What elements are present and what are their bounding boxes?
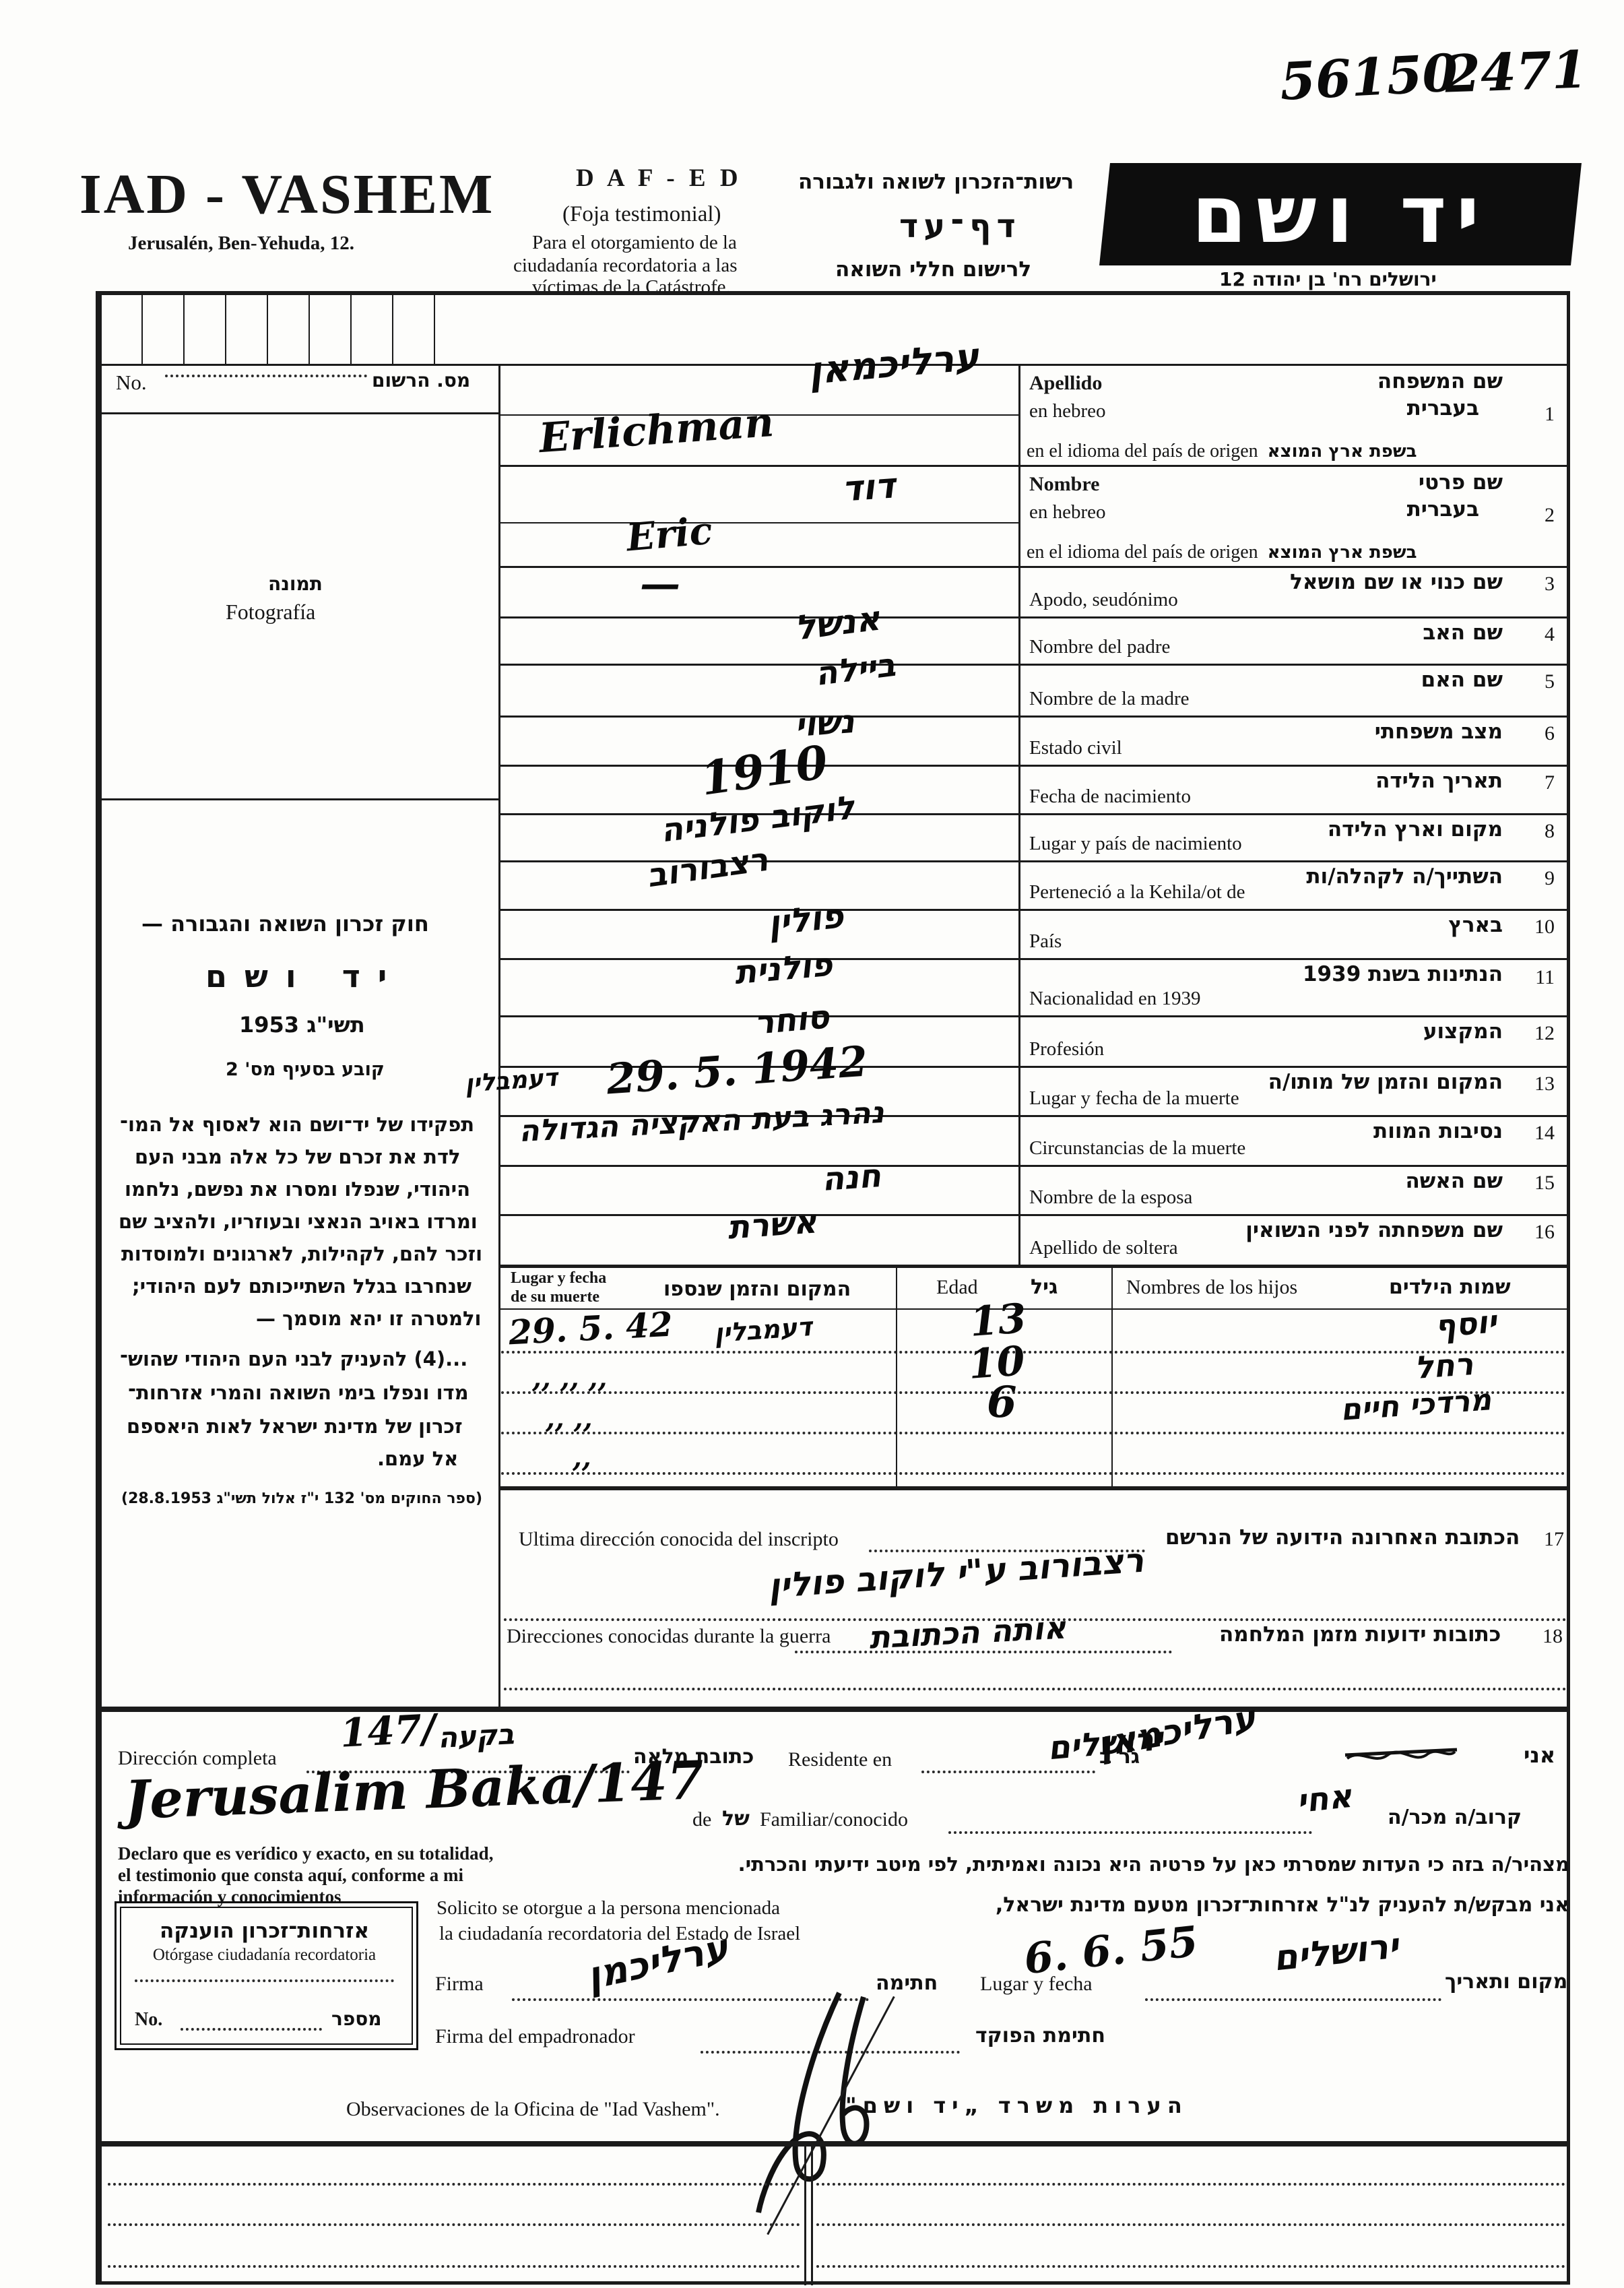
org-address-latin: Jerusalén, Ben-Yehuda, 12. [128,232,354,255]
field-number: 3 [1545,573,1555,596]
hand-esposa: חנה [820,1157,882,1199]
field-label-es2: en hebreo [1029,400,1106,422]
field-row-soltera: שם משפחתה לפני הנשואין Apellido de solte… [1018,1214,1567,1265]
field-label-es: Profesión [1029,1038,1104,1060]
field-label-he2: בעברית [1407,396,1479,420]
field-label-he: תאריך הלידה [1375,769,1503,793]
addr17-number: 17 [1544,1528,1564,1551]
field-number: 2 [1545,504,1555,527]
children-row-line [501,1472,1565,1475]
law-paragraph-line: תפקידו של יד־ושם הוא לאסוף אל המו־ [120,1113,474,1136]
org-he-line1: רשות־הזכרון לשואה ולגבורה [798,170,1074,194]
empadronador-label-he: חתימת הפוקד [975,2024,1105,2047]
field-number: 6 [1545,722,1555,745]
law-clause4-line: אל עמם. [377,1447,458,1470]
children-col-place-es: Lugar y fechade su muerte [511,1269,652,1306]
daf-ed-desc-3: víctimas de la Catástrofe. [532,276,731,298]
children-col-names-he: שמות הילדים [1389,1275,1511,1299]
field-label-he: מקום וארץ הלידה [1328,817,1503,841]
field-label-he: שם פרטי [1419,470,1503,495]
strip-cell-divider [225,294,226,364]
children-col-age-he: גיל [1031,1275,1058,1299]
strip-cell-divider [267,294,268,364]
ani-label: אני [1524,1742,1555,1768]
sub-row-rule [498,522,1018,523]
field-label-es: Lugar y fecha de la muerte [1029,1087,1239,1110]
field-label-es: Lugar y país de nacimiento [1029,833,1242,855]
hand-pais: פולין [766,896,845,943]
hand-child-place: ,, [573,1442,591,1473]
hand-apodo: — [640,561,680,608]
field-label-he: הנתינות בשנת 1939 [1303,962,1503,986]
field-label-es: País [1029,930,1062,953]
observaciones-center-divider [811,2147,813,2285]
field-row-muerte: המקום והזמן של מותו/ה Lugar y fecha de l… [1018,1066,1567,1115]
de-label-he: של [722,1807,750,1831]
org-he-title: דף־עד [899,208,1021,245]
field-label-es: Perteneció a la Kehila/ot de [1029,881,1245,903]
field-label-he: בארץ [1448,913,1503,937]
field-number: 12 [1534,1022,1555,1045]
field-label-es: Nombre del padre [1029,636,1170,658]
box-no-dotline [181,2028,322,2031]
hand-direccion-he: בקעה [437,1717,515,1754]
registry-no-label: No. [116,371,147,395]
hand-nombre-he: דוד [841,466,897,509]
children-table-bottom [498,1486,1567,1490]
field-label-es: Apellido de soltera [1029,1237,1178,1259]
field-label-he2: בעברית [1407,497,1479,521]
field-row-kehila: השתייך/ה לקהלה/ות Perteneció a la Kehila… [1018,860,1567,909]
hand-child-name: יוסף [1433,1303,1498,1345]
children-col-place-he: המקום והזמן שנספו [663,1277,851,1301]
section-divider-thick [100,1707,1567,1712]
solicito-he: אני מבקש/ת להעניק לנ"ל אזרחות־זכרון מטעם… [882,1893,1569,1917]
law-heading: חוק זכרון השואה והגבורה — [141,911,429,936]
box-label-es: Otórgase ciudadanía recordatoria [128,1946,401,1965]
de-label-es: de [692,1808,711,1831]
observaciones-line [816,2223,1565,2226]
strip-cell-divider [350,294,352,364]
field-sub-he: בשפת ארץ המוצא [1268,441,1417,462]
hand-child-name: מרדכי חיים [1339,1383,1492,1428]
hand-residente: ירושלים [1046,1720,1165,1768]
observaciones-line [108,2223,800,2226]
observaciones-top-rule [100,2141,1567,2147]
field-row-apodo: שם כנוי או שם מושאל Apodo, seudónimo 3 [1018,566,1567,616]
field-number: 11 [1535,966,1555,989]
registry-no-he: מס. הרשום [372,369,470,391]
field-number: 13 [1534,1073,1555,1095]
law-paragraph-line: וזכר להם, לקהילות, לארגונים ולמוסדות [121,1242,482,1265]
field-label-es: Apodo, seudónimo [1029,589,1178,611]
hand-apellido-he: ערליכמאן [807,335,981,393]
residente-dotline [921,1771,1095,1773]
declaro-line: Declaro que es verídico y exacto, en su … [118,1843,493,1864]
hand-padre: אנשל [793,598,882,647]
field-number: 8 [1545,820,1555,843]
field-label-es: Nombre de la madre [1029,688,1190,710]
hand-muerte-fecha: 29. 5. 1942 [605,1037,869,1104]
law-paragraph-line: לדת את זכרם של כל אלה מבני העם [135,1145,461,1168]
observaciones-line [816,2183,1565,2186]
field-number: 1 [1545,403,1555,426]
addr18-dotline [795,1651,1172,1653]
field-row-apellido: שם המשפחה בעברית Apellido en hebreo 1 en… [1018,364,1567,465]
field-number: 10 [1534,916,1555,939]
field-label-es: Fecha de nacimiento [1029,786,1191,808]
hand-soltera: אשרת [726,1203,818,1246]
photo-label-es: Fotografía [226,600,315,625]
children-col-divider [1111,1265,1113,1486]
hand-addr18: אותה הכתובת [868,1609,1067,1655]
field-label-he: נסיבות המוות [1373,1119,1503,1143]
law-paragraph-line: שנחרבו בגלל השתייכותם לעם היהודי; [132,1275,472,1298]
empadronador-label-es: Firma del empadronador [435,2025,635,2048]
field-label-es: Apellido [1029,372,1102,395]
box-mispar-label: מספר [331,2008,382,2030]
law-paragraph-line: ומרדו באויב הנאצי ובעוזריו, ולהציב שם [119,1210,478,1233]
field-row-circunstancias: נסיבות המוות Circunstancias de la muerte… [1018,1115,1567,1165]
file-number-hand: 56150 [1278,42,1460,112]
form-border-bottom [96,2281,1570,2285]
children-table-top [498,1265,1567,1268]
field-number: 15 [1534,1172,1555,1195]
children-col-place-es2: de su muerte [511,1288,599,1306]
law-paragraph-line: היהודי, שנפלו ומסרו את נפשם, נלחמו [125,1178,470,1201]
field-label-he: שם האשה [1405,1169,1503,1193]
hand-fecha: 6. 6. 55 [1022,1917,1200,1984]
field-label-he: המקצוע [1423,1019,1503,1044]
photo-label-he: תמונה [268,573,323,595]
law-paragraph-line: ולמטרה זו יהא מוסמך — [256,1307,481,1330]
hand-child-name: רחל [1413,1345,1474,1386]
box-dotline [135,1979,394,1982]
law-year: תשי"ג 1953 [239,1012,365,1038]
box-label-he: אזרחות־זכרון הוענקה [128,1919,401,1943]
field-number: 14 [1534,1122,1555,1145]
children-row-line [501,1351,1565,1354]
field-row-madre: שם האם Nombre de la madre 5 [1018,664,1567,716]
field-row-padre: שם האב Nombre del padre 4 [1018,616,1567,664]
strip-cell-divider [308,294,310,364]
registry-row-rule [101,412,498,414]
observaciones-label-he: הערות משרד „יד ושם" [845,2093,1188,2118]
hand-nombre-origen: Eric [624,509,714,561]
observaciones-center-divider [804,2147,806,2285]
strip-cell-divider [183,294,185,364]
field-row-estado-civil: מצב משפחתי Estado civil 6 [1018,716,1567,765]
field-sub-he: בשפת ארץ המוצא [1268,542,1417,563]
solicito-line1: Solicito se otorgue a la persona mencion… [436,1897,780,1919]
hand-child-age: 6 [987,1377,1017,1428]
yad-vashem-logo: יד ושם [1099,163,1582,265]
field-row-nacionalidad: הנתינות בשנת 1939 Nacionalidad en 1939 1… [1018,958,1567,1015]
field-number: 16 [1534,1221,1555,1244]
lugar-fecha-dotline [1145,1998,1441,2001]
field-label-es: Nombre [1029,473,1099,496]
field-label-he: מצב משפחתי [1375,720,1503,744]
addr18-full-dotline [504,1688,1567,1690]
children-col-age-es: Edad [936,1276,978,1299]
strip-cell-divider [141,294,143,364]
field-label-he: שם המשפחה [1377,369,1503,393]
field-label-he: השתייך/ה לקהלה/ות [1306,864,1503,889]
file-number-hand-2: 2471 [1444,39,1589,104]
strip-cell-divider [434,294,435,364]
crossed-out-word [1344,1735,1458,1775]
addr18-label-es: Direcciones conocidas durante la guerra [507,1625,831,1648]
field-sub-label: en el idioma del país de origen בשפת ארץ… [1027,542,1506,563]
declaro-line: el testimonio que consta aquí, conforme … [118,1865,463,1886]
daf-ed-title: D A F - E D [576,164,742,193]
field-row-nacimiento-fecha: תאריך הלידה Fecha de nacimiento 7 [1018,765,1567,813]
field-row-profesion: המקצוע Profesión 12 [1018,1015,1567,1066]
law-clause: קובע בסעיף מס' 2 [226,1059,385,1080]
hand-lugar: ירושלים [1271,1926,1400,1979]
field-row-pais: בארץ País 10 [1018,909,1567,958]
form-border-left [96,291,102,2284]
field-number: 9 [1545,867,1555,890]
field-label-he: שם משפחתה לפני הנשואין [1245,1218,1503,1242]
hand-apellido-origen: Erlichman [538,399,775,462]
children-row-line [501,1432,1565,1434]
daf-ed-subtitle: (Foja testimonial) [562,202,721,227]
familiar-label-es: Familiar/conocido [760,1808,908,1831]
addr17-label-he: הכתובת האחרונה הידועה של הנרשם [1165,1525,1520,1550]
box-no-label: No. [135,2009,162,2031]
law-clause4-line: זכרון של מדינת ישראל לאות היאספם [127,1415,463,1438]
field-number: 4 [1545,623,1555,646]
hand-child-place: ,, ,, [546,1403,593,1434]
hand-madre: ביילה [813,646,897,693]
lugar-fecha-label-he: מקום ותאריך [1445,1970,1567,1994]
children-col-place-es1: Lugar y fecha [511,1269,606,1287]
strip-cell-divider [392,294,393,364]
addr18-number: 18 [1542,1625,1563,1648]
law-citation: (ספר החוקים מס' 132 י"ז אלול תשי"ג 28.8.… [121,1490,482,1507]
hand-child-place2: דעמבלין [713,1312,813,1348]
field-label-es: Estado civil [1029,737,1122,759]
observaciones-line [108,2183,800,2186]
org-he-line2: לרישום חללי השואה [835,257,1031,282]
law-clause4-line: ...(4) להעניק לבני העם היהודי שהוש־ [120,1347,467,1370]
familiar-label-he: קרוב/ה מכר/ה [1388,1806,1522,1829]
addr17-label-es: Ultima dirección conocida del inscripto [519,1528,839,1551]
field-label-es2: en hebreo [1029,501,1106,523]
hand-muerte-lugar: דעמבלין [464,1064,558,1098]
field-row-nacimiento-lugar: מקום וארץ הלידה Lugar y país de nacimien… [1018,813,1567,860]
law-title: יד ושם [205,958,404,994]
form-border-top [100,291,1570,295]
hand-familiar: אחי [1295,1777,1353,1820]
declaro-he: מצהיר/ה בזה כי העדות שמסרתי כאן על פרטיה… [593,1853,1569,1876]
left-column-divider [498,364,500,1707]
hand-nacionalidad: פולנית [733,946,834,992]
registry-no-line [165,375,367,377]
yad-vashem-logo-text: יד ושם [1192,168,1489,261]
children-col-names-es: Nombres de los hijos [1126,1276,1297,1299]
residente-label-es: Residente en [788,1748,892,1771]
hand-child-place: 29. 5. 42 [508,1304,674,1353]
testimony-page-scan: 56150 2471 IAD - VASHEM Jerusalén, Ben-Y… [0,0,1624,2288]
field-sub-label: en el idioma del país de origen בשפת ארץ… [1027,441,1506,462]
field-label-he: שם כנוי או שם מושאל [1290,570,1503,594]
field-number: 7 [1545,771,1555,794]
familiar-dotline [948,1831,1312,1834]
hand-profesion: סוחר [753,998,831,1042]
field-label-he: המקום והזמן של מותו/ה [1268,1070,1503,1094]
firma-label-es: Firma [435,1973,484,1996]
addr18-label-he: כתובות ידועות מזמן המלחמה [1219,1622,1501,1647]
field-label-he: שם האב [1423,621,1503,645]
observaciones-line [816,2265,1565,2268]
observaciones-line [108,2265,800,2268]
field-number: 5 [1545,670,1555,693]
org-title-latin: IAD - VASHEM [79,162,494,227]
hand-circunstancias: נהרג בעת האקציה הגדולה [518,1095,885,1149]
daf-ed-desc-2: ciudadanía recordatoria a las [513,255,738,277]
field-row-nombre: שם פרטי בעברית Nombre en hebreo 2 en el … [1018,465,1567,566]
hand-direccion-num: 147/ [339,1705,437,1756]
daf-ed-desc-1: Para el otorgamiento de la [532,232,737,254]
photo-bottom-rule [101,798,498,800]
law-clause4-line: מדו ונפלו בימי השואה והמרי אזרחות־ [128,1381,469,1404]
solicito-line2: la ciudadanía recordatoria del Estado de… [439,1923,800,1945]
logo-address: ירושלים רח' בן יהודה 12 [1219,268,1437,290]
children-col-divider [896,1265,897,1486]
field-sub-es: en el idioma del país de origen [1027,542,1258,563]
field-row-esposa: שם האשה Nombre de la esposa 15 [1018,1165,1567,1214]
field-label-es: Nacionalidad en 1939 [1029,988,1200,1010]
field-label-he: שם האם [1421,668,1503,692]
field-sub-es: en el idioma del país de origen [1027,441,1258,462]
field-label-es: Nombre de la esposa [1029,1186,1192,1209]
observaciones-label-es: Observaciones de la Oficina de "Iad Vash… [346,2098,720,2121]
field-label-es: Circunstancias de la muerte [1029,1137,1245,1159]
hand-child-place: ,, ,, ,, [532,1362,607,1394]
